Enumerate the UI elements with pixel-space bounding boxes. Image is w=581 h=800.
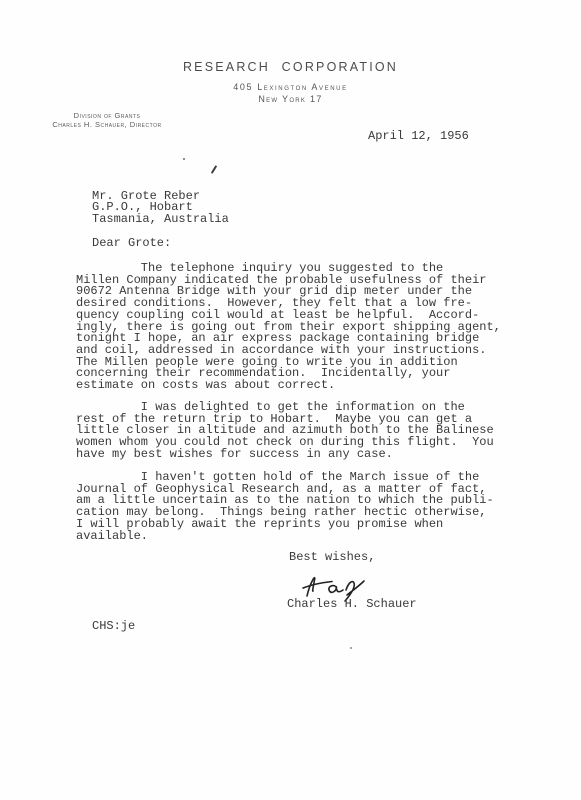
letterhead-division-name: Division of Grants: [33, 111, 181, 120]
pencil-dot-mark: [350, 647, 352, 649]
letterhead-company-name: RESEARCH CORPORATION: [0, 60, 581, 74]
typist-reference-initials: CHS:je: [92, 621, 135, 633]
pencil-slash-mark: [211, 165, 217, 174]
letterhead-director-name: Charles H. Schauer, Director: [33, 120, 181, 129]
salutation: Dear Grote:: [92, 238, 171, 250]
pencil-dot-mark: [183, 158, 185, 160]
letterhead-division-block: Division of Grants Charles H. Schauer, D…: [33, 111, 181, 129]
body-paragraph-1: The telephone inquiry you suggested to t…: [76, 263, 501, 392]
letter-date: April 12, 1956: [368, 131, 469, 143]
valediction: Best wishes,: [289, 552, 375, 564]
sender-typed-name: Charles H. Schauer: [287, 599, 417, 611]
letterhead-city-line: New York 17: [0, 94, 581, 104]
body-paragraph-3: I haven't gotten hold of the March issue…: [76, 472, 494, 542]
recipient-address: Mr. Grote Reber G.P.O., Hobart Tasmania,…: [92, 191, 229, 225]
letter-page: RESEARCH CORPORATION 405 Lexington Avenu…: [0, 0, 581, 800]
body-paragraph-2: I was delighted to get the information o…: [76, 402, 494, 461]
letterhead-street-address: 405 Lexington Avenue: [0, 82, 581, 92]
